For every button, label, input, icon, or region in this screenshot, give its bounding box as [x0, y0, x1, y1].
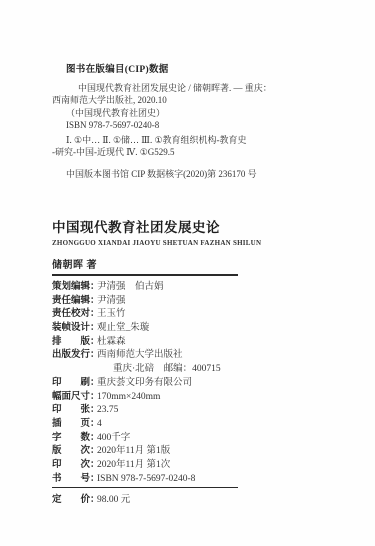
colophon-row-label: 出版发行： — [52, 349, 97, 363]
colophon-row: 装帧设计：观止堂_朱璇 — [52, 322, 352, 336]
price-row: 定 价：98.00 元 — [52, 494, 130, 508]
colophon-row: 印 张：23.75 — [52, 404, 352, 418]
colophon-row: 重庆·北碚 邮编：400715 — [52, 363, 352, 377]
colophon-row-value: 23.75 — [97, 405, 118, 415]
colophon-row-value: 4 — [97, 419, 102, 429]
cip-line: ISBN 978-7-5697-0240-8 — [52, 119, 332, 131]
cip-heading: 图书在版编目(CIP)数据 — [66, 61, 169, 75]
colophon-row-value: 尹清强 — [97, 296, 126, 306]
cip-line: 中国现代教育社团发展史论 / 储朝晖著. — 重庆： — [52, 82, 332, 94]
cip-line: 西南师范大学出版社, 2020.10 — [52, 94, 332, 106]
colophon-row: 责任编辑：尹清强 — [52, 295, 352, 309]
colophon-row: 印 次：2020年11月 第1次 — [52, 459, 352, 473]
colophon-row-value: 2020年11月 第1次 — [97, 460, 170, 470]
colophon-row: 印 刷：重庆荟文印务有限公司 — [52, 377, 352, 391]
colophon-row-value: 重庆·北碚 邮编：400715 — [113, 364, 221, 374]
colophon-row-value: 王玉竹 — [97, 309, 126, 319]
price-value: 98.00 元 — [97, 495, 130, 505]
colophon-row-label: 责任编辑： — [52, 295, 97, 309]
colophon-row-label: 字 数： — [52, 432, 97, 446]
colophon-row-value: 尹清强 伯古娟 — [97, 282, 164, 292]
colophon-row: 书 号：ISBN 978-7-5697-0240-8 — [52, 473, 352, 487]
colophon-row-label: 排 版： — [52, 336, 97, 350]
colophon-row: 出版发行：西南师范大学出版社 — [52, 349, 352, 363]
colophon-row: 版 次：2020年11月 第1版 — [52, 445, 352, 459]
colophon-row-label: 幅面尺寸： — [52, 391, 97, 405]
colophon-row-label: 印 次： — [52, 459, 97, 473]
cip-record-number: 中国版本图书馆 CIP 数据核字(2020)第 236170 号 — [66, 167, 257, 180]
cip-description: 中国现代教育社团发展史论 / 储朝晖著. — 重庆： 西南师范大学出版社, 20… — [52, 82, 332, 158]
colophon-row-value: 观止堂_朱璇 — [97, 323, 149, 333]
colophon-row: 幅面尺寸：170mm×240mm — [52, 391, 352, 405]
divider-rule-bottom — [52, 487, 238, 488]
colophon: 策划编辑：尹清强 伯古娟 责任编辑：尹清强 责任校对：王玉竹 装帧设计：观止堂_… — [52, 281, 352, 486]
colophon-row-label: 策划编辑： — [52, 281, 97, 295]
cip-line: Ⅰ. ①中… Ⅱ. ①储… Ⅲ. ①教育组织机构-教育史 — [52, 134, 332, 146]
colophon-row-value: ISBN 978-7-5697-0240-8 — [97, 474, 195, 484]
book-title: 中国现代教育社团发展史论 — [52, 216, 220, 236]
colophon-row-value: 170mm×240mm — [97, 392, 160, 402]
colophon-row: 排 版：杜霖森 — [52, 336, 352, 350]
colophon-row: 插 页：4 — [52, 418, 352, 432]
book-author: 储朝晖 著 — [52, 256, 97, 271]
colophon-row-label: 印 张： — [52, 404, 97, 418]
colophon-row: 字 数：400千字 — [52, 432, 352, 446]
colophon-row-label: 责任校对： — [52, 308, 97, 322]
book-title-pinyin: ZHONGGUO XIANDAI JIAOYU SHETUAN FAZHAN S… — [52, 239, 261, 247]
colophon-row: 责任校对：王玉竹 — [52, 308, 352, 322]
cip-line: （中国现代教育社团史） — [52, 107, 332, 119]
colophon-row-label: 装帧设计： — [52, 322, 97, 336]
colophon-row: 策划编辑：尹清强 伯古娟 — [52, 281, 352, 295]
colophon-row-label: 插 页： — [52, 418, 97, 432]
colophon-row-label: 印 刷： — [52, 377, 97, 391]
colophon-row-value: 杜霖森 — [97, 337, 126, 347]
divider-rule-top — [52, 274, 238, 276]
cip-line: -研究-中国-近现代 Ⅳ. ①G529.5 — [52, 146, 332, 158]
copyright-page: 图书在版编目(CIP)数据 中国现代教育社团发展史论 / 储朝晖著. — 重庆：… — [0, 0, 375, 546]
colophon-row-value: 重庆荟文印务有限公司 — [97, 378, 192, 388]
colophon-row-label: 版 次： — [52, 445, 97, 459]
colophon-row-value: 2020年11月 第1版 — [97, 446, 170, 456]
price-label: 定 价： — [52, 494, 97, 508]
colophon-row-value: 西南师范大学出版社 — [97, 350, 183, 360]
colophon-row-value: 400千字 — [97, 433, 130, 443]
colophon-row-label: 书 号： — [52, 473, 97, 487]
